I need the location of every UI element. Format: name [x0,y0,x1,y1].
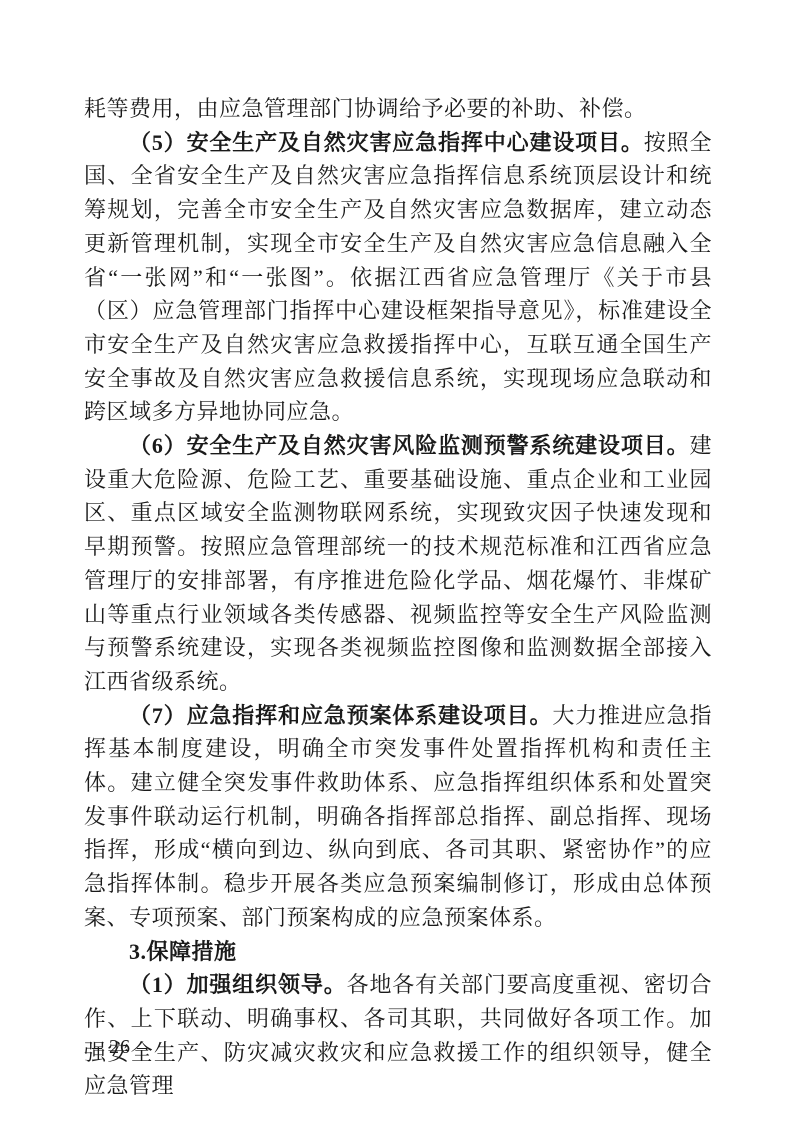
paragraph: （6）安全生产及自然灾害风险监测预警系统建设项目。建设重大危险源、危险工艺、重要… [84,429,712,699]
page-number: – 26 – [92,1036,148,1059]
text-run-bold: 3.保障措施 [129,939,237,964]
text-run-bold: （1）加强组织领导。 [129,972,347,997]
text-run: 按照全国、全省安全生产及自然灾害应急指挥信息系统顶层设计和统筹规划，完善全市安全… [84,130,712,425]
text-run: 耗等费用，由应急管理部门协调给予必要的补助、补偿。 [84,96,647,121]
document-body: 耗等费用，由应急管理部门协调给予必要的补助、补偿。（5）安全生产及自然灾害应急指… [84,92,712,1103]
text-run-bold: （7）应急指挥和应急预案体系建设项目。 [129,703,552,728]
paragraph: 耗等费用，由应急管理部门协调给予必要的补助、补偿。 [84,92,712,126]
section-heading: 3.保障措施 [84,935,712,969]
paragraph: （5）安全生产及自然灾害应急指挥中心建设项目。按照全国、全省安全生产及自然灾害应… [84,126,712,429]
text-run-bold: （5）安全生产及自然灾害应急指挥中心建设项目。 [129,130,644,155]
text-run-bold: （6）安全生产及自然灾害风险监测预警系统建设项目。 [129,433,689,458]
text-run: 大力推进应急指挥基本制度建设，明确全市突发事件处置指挥机构和责任主体。建立健全突… [84,703,712,930]
document-page: 耗等费用，由应急管理部门协调给予必要的补助、补偿。（5）安全生产及自然灾害应急指… [0,0,793,1122]
paragraph: （7）应急指挥和应急预案体系建设项目。大力推进应急指挥基本制度建设，明确全市突发… [84,699,712,935]
paragraph: （1）加强组织领导。各地各有关部门要高度重视、密切合作、上下联动、明确事权、各司… [84,968,712,1103]
text-run: 建设重大危险源、危险工艺、重要基础设施、重点企业和工业园区、重点区域安全监测物联… [84,433,712,694]
